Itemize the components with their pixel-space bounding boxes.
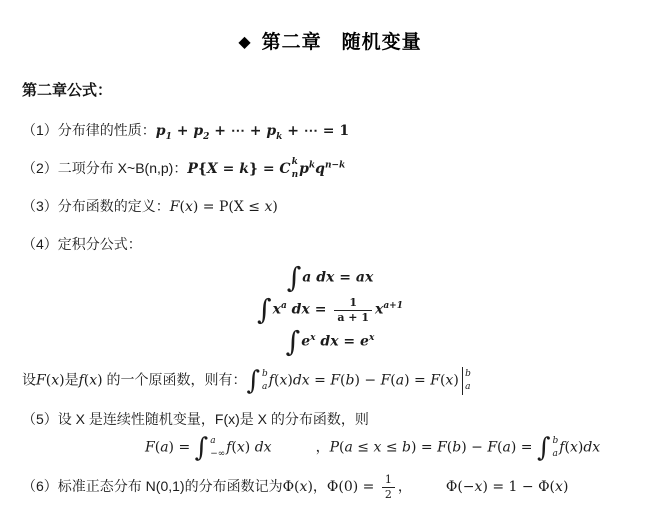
math-variable: F bbox=[487, 440, 497, 456]
math-variable: dx bbox=[583, 440, 600, 456]
integral-constant: ∫a dx = ax bbox=[0, 263, 660, 293]
integral: ∫ba bbox=[537, 433, 559, 463]
text-run: （6）标准正态分布 N(0,1)的分布函数记为 bbox=[22, 478, 283, 494]
math-operator: ) = bbox=[411, 440, 437, 456]
lower-limit: −∞ bbox=[210, 450, 225, 459]
math-variable: x bbox=[570, 440, 578, 456]
spacer bbox=[412, 476, 446, 497]
math-operator: ) = bbox=[404, 373, 430, 389]
math-operator: } = bbox=[249, 161, 279, 177]
lower-limit: a bbox=[465, 383, 471, 392]
math-operator: ) = 1 − bbox=[482, 479, 538, 495]
math-operator: ) bbox=[563, 479, 568, 495]
integral-exponential: ∫ex dx = ex bbox=[0, 327, 660, 357]
math-variable: p bbox=[156, 123, 166, 139]
evaluation-limits: ba bbox=[465, 370, 471, 392]
vertical-bar-icon bbox=[462, 367, 463, 395]
formula-5-equations: F(a) = ∫a−∞f(x) dx ，P(a ≤ x ≤ b) = F(b) … bbox=[145, 433, 660, 463]
integral-limits: ba bbox=[262, 370, 268, 392]
math-variable: x bbox=[555, 479, 563, 495]
math-operator: ) − bbox=[354, 373, 380, 389]
integral: ∫ bbox=[257, 295, 273, 325]
math-variable: x bbox=[185, 199, 193, 215]
fraction: 12 bbox=[382, 473, 395, 502]
text-run: （2）二项分布 X~B(n,p)： bbox=[22, 160, 187, 176]
math-operator: = bbox=[334, 270, 355, 286]
upper-limit: a bbox=[210, 437, 225, 446]
text-run: 是 bbox=[65, 372, 79, 388]
math-operator: = bbox=[310, 302, 331, 318]
page-title-text: 第二章 随机变量 bbox=[262, 32, 422, 53]
integral-icon: ∫ bbox=[257, 296, 272, 324]
subsup-stack: kn bbox=[292, 158, 299, 180]
math-operator: Φ( bbox=[283, 479, 300, 495]
math-variable: a bbox=[160, 440, 168, 456]
math-variable: F bbox=[430, 373, 440, 389]
math-operator: ) bbox=[272, 199, 277, 215]
text-run: ， bbox=[313, 478, 327, 494]
integral-icon: ∫ bbox=[537, 435, 551, 461]
antiderivative-rule: 设F(x)是f(x) 的一个原函数，则有：∫baf(x)dx = F(b) − … bbox=[22, 366, 660, 396]
formula-4-label: （4）定积分公式： bbox=[22, 234, 660, 255]
spacer bbox=[272, 437, 316, 458]
math-variable: p bbox=[299, 161, 309, 177]
math-variable: k bbox=[239, 161, 249, 177]
math-operator: = bbox=[310, 373, 331, 389]
lower-limit: a bbox=[553, 450, 559, 459]
text-run: ， bbox=[398, 478, 412, 494]
evaluation-bar: ba bbox=[462, 366, 472, 396]
math-variable: a bbox=[503, 440, 511, 456]
integral-limits: a−∞ bbox=[210, 437, 225, 459]
integral-icon: ∫ bbox=[195, 435, 209, 461]
math-variable: dx bbox=[287, 302, 310, 318]
integral: ∫ bbox=[287, 263, 303, 293]
math-variable: F bbox=[381, 373, 391, 389]
math-operator: ) bbox=[245, 440, 255, 456]
formula-6-standard-normal: （6）标准正态分布 N(0,1)的分布函数记为Φ(x)，Φ(0) = 12， Φ… bbox=[22, 473, 660, 502]
math-variable: F bbox=[437, 440, 447, 456]
math-operator: Φ(− bbox=[446, 479, 475, 495]
math-variable: P bbox=[187, 161, 198, 177]
math-operator: = bbox=[339, 334, 360, 350]
math-operator: ) bbox=[453, 373, 458, 389]
math-variable: x bbox=[273, 302, 281, 318]
math-variable: a bbox=[344, 440, 352, 456]
math-variable: F bbox=[36, 373, 46, 389]
math-operator: ) = bbox=[511, 440, 537, 456]
math-variable: x bbox=[89, 373, 97, 389]
fraction-denominator: 2 bbox=[382, 487, 395, 502]
fraction-denominator: a + 1 bbox=[334, 310, 372, 325]
math-operator: + ⋯ + bbox=[209, 123, 266, 139]
math-operator: ≤ bbox=[353, 440, 374, 456]
text-run: （1）分布律的性质： bbox=[22, 122, 156, 138]
math-operator: ≤ bbox=[381, 440, 402, 456]
math-variable: X bbox=[207, 161, 218, 177]
page-title: ◆第二章 随机变量 bbox=[0, 0, 660, 54]
lower-limit: n bbox=[292, 171, 299, 180]
math-variable: F bbox=[145, 440, 155, 456]
math-variable: e bbox=[360, 334, 369, 350]
text-run: 的一个原函数，则有： bbox=[103, 372, 247, 388]
math-variable: b bbox=[402, 440, 411, 456]
math-operator: ) = bbox=[169, 440, 195, 456]
text-run: （3）分布函数的定义： bbox=[22, 198, 170, 214]
integral: ∫ bbox=[286, 327, 302, 357]
formula-list: （1）分布律的性质：p1 + p2 + ⋯ + pk + ⋯ = 1（2）二项分… bbox=[0, 120, 660, 502]
math-variable: P bbox=[330, 440, 339, 456]
math-variable: p bbox=[193, 123, 203, 139]
text-run: ， bbox=[316, 439, 330, 455]
formula-3-cdf-definition: （3）分布函数的定义：F(x) = P(X ≤ x) bbox=[22, 196, 660, 218]
document-page: ◆第二章 随机变量 第二章公式： （1）分布律的性质：p1 + p2 + ⋯ +… bbox=[0, 0, 660, 521]
section-heading: 第二章公式： bbox=[22, 79, 660, 100]
integral: ∫ba bbox=[246, 366, 268, 396]
math-variable: e bbox=[301, 334, 310, 350]
math-variable: F bbox=[170, 199, 180, 215]
formula-5-label: （5）设 X 是连续性随机变量，F(x)是 X 的分布函数，则 bbox=[22, 409, 660, 430]
math-operator: 1 bbox=[339, 123, 349, 139]
superscript: a+1 bbox=[383, 301, 403, 311]
superscript: n−k bbox=[325, 160, 345, 170]
math-variable: dx bbox=[316, 334, 339, 350]
math-variable: ax bbox=[356, 270, 373, 286]
fraction-numerator: 1 bbox=[382, 473, 395, 487]
math-variable: x bbox=[237, 440, 245, 456]
lower-limit: a bbox=[262, 383, 268, 392]
math-variable: p bbox=[266, 123, 276, 139]
math-variable: q bbox=[315, 161, 325, 177]
fraction: 1a + 1 bbox=[334, 296, 372, 325]
math-variable: dx bbox=[255, 440, 272, 456]
formula-1-distribution-law: （1）分布律的性质：p1 + p2 + ⋯ + pk + ⋯ = 1 bbox=[22, 120, 660, 142]
formula-2-binomial: （2）二项分布 X~B(n,p)：P{X = k} = Cknpkqn−k bbox=[22, 158, 660, 180]
math-variable: x bbox=[51, 373, 59, 389]
text-run: （5）设 X 是连续性随机变量，F(x)是 X 的分布函数，则 bbox=[22, 411, 369, 427]
math-operator: Φ(0) = bbox=[327, 479, 379, 495]
math-variable: a bbox=[396, 373, 404, 389]
math-operator: ) − bbox=[461, 440, 487, 456]
integral-limits: ba bbox=[553, 437, 559, 459]
integral-icon: ∫ bbox=[287, 264, 302, 292]
math-variable: a dx bbox=[302, 270, 334, 286]
math-operator: + ⋯ = bbox=[282, 123, 339, 139]
math-variable: dx bbox=[293, 373, 310, 389]
math-operator: + bbox=[172, 123, 193, 139]
math-operator: { bbox=[198, 161, 207, 177]
math-variable: C bbox=[279, 161, 290, 177]
fraction-numerator: 1 bbox=[334, 296, 372, 310]
superscript: x bbox=[369, 333, 374, 343]
upper-limit: b bbox=[262, 370, 268, 379]
math-operator: Φ( bbox=[538, 479, 555, 495]
text-run: 设 bbox=[22, 372, 36, 388]
math-variable: F bbox=[330, 373, 340, 389]
upper-limit: b bbox=[553, 437, 559, 446]
math-variable: b bbox=[452, 440, 461, 456]
text-run: （4）定积分公式： bbox=[22, 236, 142, 252]
math-operator: = bbox=[218, 161, 239, 177]
math-operator: ) = P(X ≤ bbox=[193, 199, 265, 215]
diamond-bullet-icon: ◆ bbox=[238, 34, 251, 51]
integral-icon: ∫ bbox=[246, 368, 260, 394]
integral-icon: ∫ bbox=[286, 328, 301, 356]
integral-power: ∫xa dx = 1a + 1xa+1 bbox=[0, 295, 660, 325]
upper-limit: b bbox=[465, 370, 471, 379]
integral: ∫a−∞ bbox=[195, 433, 227, 463]
upper-limit: k bbox=[292, 158, 299, 167]
